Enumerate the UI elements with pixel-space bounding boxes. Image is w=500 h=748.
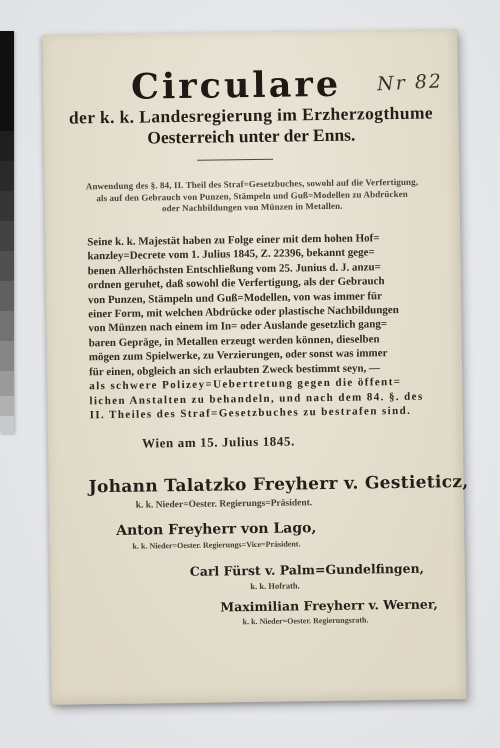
grayscale-calibration-strip <box>0 31 14 433</box>
photo-backdrop: Circulare Nr 82 der k. k. Landesregierun… <box>0 0 500 748</box>
dateline: Wien am 15. Julius 1845. <box>142 433 295 451</box>
body-paragraph: Seine k. k. Majestät haben zu Folge eine… <box>87 231 400 379</box>
signature-block-president: Johann Talatzko Freyherr v. Gestieticz, … <box>89 474 359 512</box>
signature-name: Carl Fürst v. Palm=Gundelfingen, <box>190 562 360 579</box>
signature-block-regierungsrath: Maximilian Freyherr v. Werner, k. k. Nie… <box>220 597 390 626</box>
signature-title: k. k. Hofrath. <box>190 580 360 592</box>
circulare-title: Circulare <box>43 63 430 109</box>
signature-block-vice-president: Anton Freyherr von Lago, k. k. Nieder=Oe… <box>111 520 321 551</box>
subtitle-line-2: Oesterreich unter der Enns. <box>44 123 459 150</box>
signature-title: k. k. Nieder=Oester. Regierungs=Präsiden… <box>89 498 359 512</box>
signature-block-hofrath: Carl Fürst v. Palm=Gundelfingen, k. k. H… <box>190 562 360 592</box>
divider-rule <box>197 159 273 161</box>
signature-title: k. k. Nieder=Oester. Regierungs=Vice=Prä… <box>111 539 321 551</box>
signature-title: k. k. Nieder=Oester. Regierungsrath. <box>220 615 390 626</box>
signature-name: Johann Talatzko Freyherr v. Gestieticz, <box>89 474 359 498</box>
summary-paragraph: Anwendung des §. 84, II. Theil des Straf… <box>44 176 459 216</box>
document-number-annotation: Nr 82 <box>377 70 444 95</box>
signature-name: Anton Freyherr von Lago, <box>111 520 321 539</box>
body-emphasis-paragraph: als schwere Polizey=Uebertretung gegen d… <box>89 375 424 423</box>
signature-name: Maximilian Freyherr v. Werner, <box>220 597 390 614</box>
document-paper: Circulare Nr 82 der k. k. Landesregierun… <box>42 29 466 705</box>
